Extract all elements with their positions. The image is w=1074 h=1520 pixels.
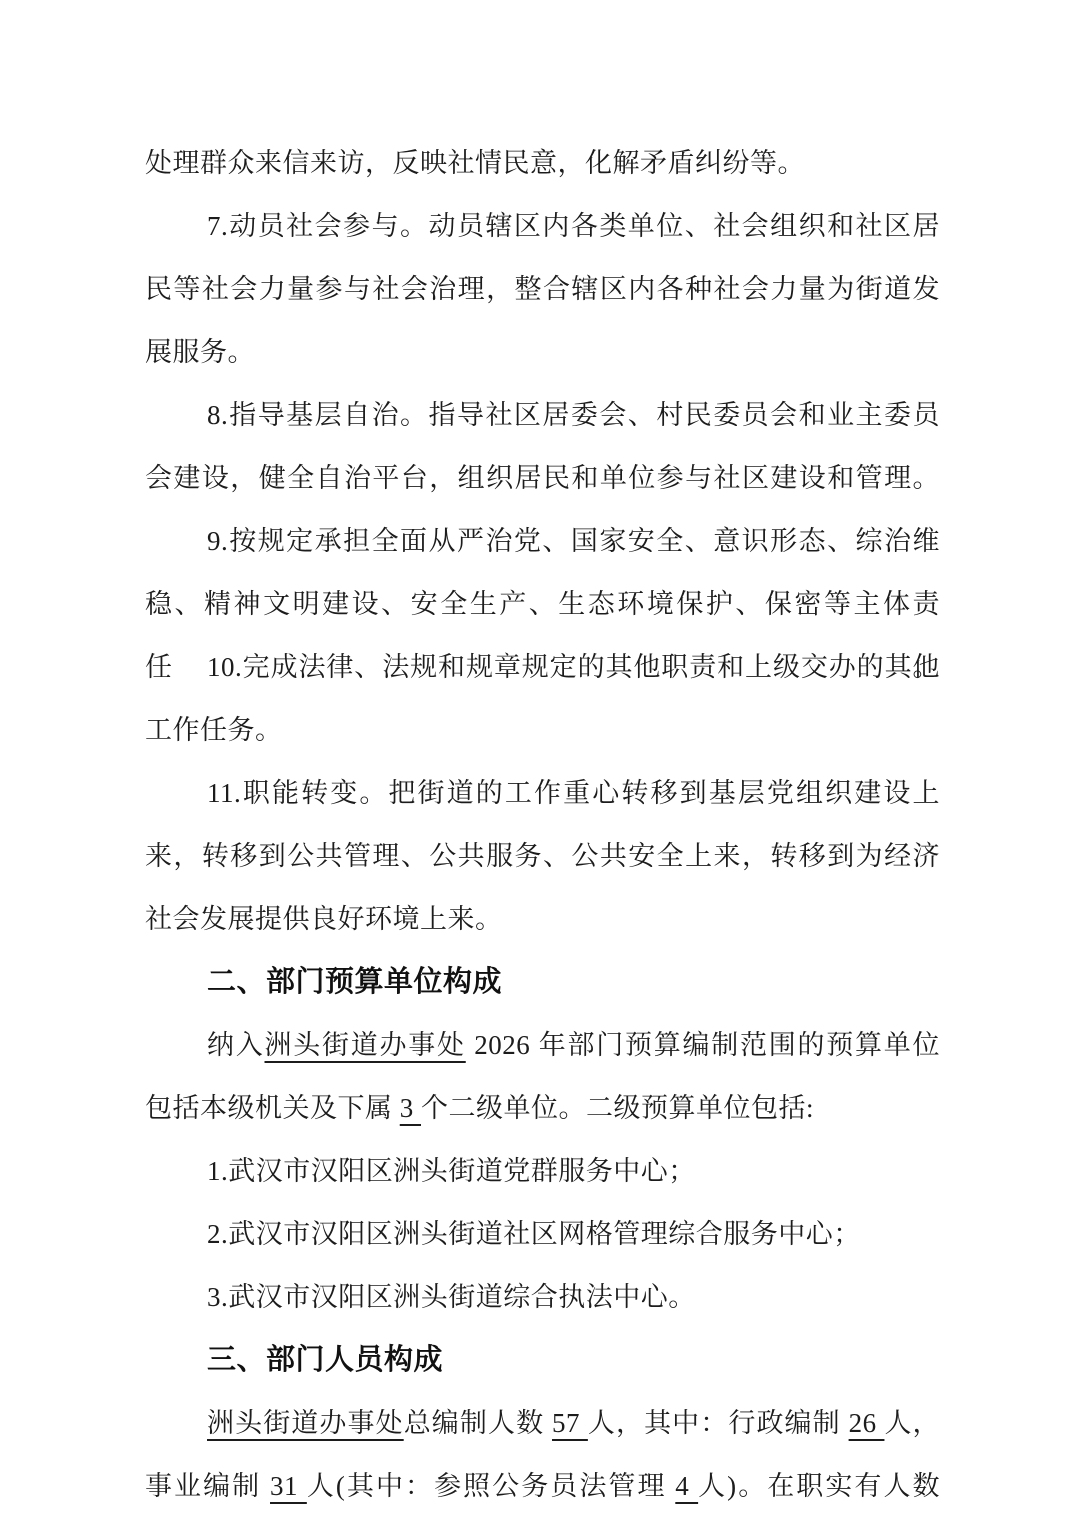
text-segment: 2026 年部门预算编制范围的预算单位: [466, 1030, 940, 1060]
text-segment: 纳入: [207, 1030, 265, 1060]
text-segment: 来，转移到公共管理、公共服务、公共安全上来，转移到为经济: [145, 841, 940, 871]
text-line: 事业编制 31 人(其中：参照公务员法管理 4 人)。在职实有人数: [145, 1455, 940, 1518]
text-line: 稳、精神文明建设、安全生产、生态环境保护、保密等主体责任。: [145, 573, 940, 636]
document-page: 处理群众来信来访，反映社情民意，化解矛盾纠纷等。7.动员社会参与。动员辖区内各类…: [0, 0, 1074, 1520]
text-line: 9.按规定承担全面从严治党、国家安全、意识形态、综治维: [145, 510, 940, 573]
text-line: 10.完成法律、法规和规章规定的其他职责和上级交办的其他: [145, 636, 940, 699]
text-line: 8.指导基层自治。指导社区居委会、村民委员会和业主委员: [145, 384, 940, 447]
text-line: 社会发展提供良好环境上来。: [145, 888, 940, 951]
text-segment: 工作任务。: [145, 715, 283, 745]
text-segment: 个二级单位。二级预算单位包括:: [421, 1093, 814, 1123]
text-segment: 人，其中：行政编制: [588, 1408, 849, 1438]
text-segment: 三、部门人员构成: [207, 1344, 443, 1376]
text-segment: 展服务。: [145, 337, 255, 367]
text-line: 2.武汉市汉阳区洲头街道社区网格管理综合服务中心；: [145, 1203, 940, 1266]
text-segment: 7.动员社会参与。动员辖区内各类单位、社会组织和社区居: [207, 211, 940, 241]
document-body: 处理群众来信来访，反映社情民意，化解矛盾纠纷等。7.动员社会参与。动员辖区内各类…: [145, 132, 940, 1518]
text-segment: 事业编制: [145, 1471, 270, 1501]
text-segment: 人(其中：参照公务员法管理: [307, 1471, 675, 1501]
section-heading: 二、部门预算单位构成: [145, 951, 940, 1014]
underlined-text: 31: [270, 1471, 307, 1501]
text-segment: 1.武汉市汉阳区洲头街道党群服务中心；: [207, 1156, 696, 1186]
underlined-text: 4: [675, 1471, 698, 1501]
text-line: 纳入洲头街道办事处 2026 年部门预算编制范围的预算单位: [145, 1014, 940, 1077]
text-segment: 8.指导基层自治。指导社区居委会、村民委员会和业主委员: [207, 400, 940, 430]
text-segment: 二、部门预算单位构成: [207, 966, 502, 998]
underlined-text: 洲头街道办事处: [207, 1408, 404, 1438]
text-line: 11.职能转变。把街道的工作重心转移到基层党组织建设上: [145, 762, 940, 825]
text-segment: 2.武汉市汉阳区洲头街道社区网格管理综合服务中心；: [207, 1219, 861, 1249]
text-line: 洲头街道办事处总编制人数 57 人，其中：行政编制 26 人，: [145, 1392, 940, 1455]
text-segment: 处理群众来信来访，反映社情民意，化解矛盾纠纷等。: [145, 148, 805, 178]
underlined-text: 57: [552, 1408, 588, 1438]
text-line: 包括本级机关及下属 3 个二级单位。二级预算单位包括:: [145, 1077, 940, 1140]
text-line: 工作任务。: [145, 699, 940, 762]
text-line: 1.武汉市汉阳区洲头街道党群服务中心；: [145, 1140, 940, 1203]
text-line: 7.动员社会参与。动员辖区内各类单位、社会组织和社区居: [145, 195, 940, 258]
section-heading: 三、部门人员构成: [145, 1329, 940, 1392]
text-line: 民等社会力量参与社会治理，整合辖区内各种社会力量为街道发: [145, 258, 940, 321]
text-segment: 社会发展提供良好环境上来。: [145, 904, 503, 934]
text-line: 处理群众来信来访，反映社情民意，化解矛盾纠纷等。: [145, 132, 940, 195]
text-line: 3.武汉市汉阳区洲头街道综合执法中心。: [145, 1266, 940, 1329]
text-line: 来，转移到公共管理、公共服务、公共安全上来，转移到为经济: [145, 825, 940, 888]
text-segment: 9.按规定承担全面从严治党、国家安全、意识形态、综治维: [207, 526, 940, 556]
text-line: 会建设，健全自治平台，组织居民和单位参与社区建设和管理。: [145, 447, 940, 510]
underlined-text: 3: [400, 1093, 421, 1123]
text-segment: 总编制人数: [404, 1408, 552, 1438]
text-segment: 11.职能转变。把街道的工作重心转移到基层党组织建设上: [207, 778, 940, 808]
underlined-text: 洲头街道办事处: [265, 1030, 466, 1060]
text-segment: 人)。在职实有人数: [698, 1471, 940, 1501]
text-segment: 民等社会力量参与社会治理，整合辖区内各种社会力量为街道发: [145, 274, 940, 304]
text-line: 展服务。: [145, 321, 940, 384]
underlined-text: 26: [849, 1408, 885, 1438]
text-segment: 人，: [884, 1408, 940, 1438]
text-segment: 10.完成法律、法规和规章规定的其他职责和上级交办的其他: [207, 652, 940, 682]
text-segment: 会建设，健全自治平台，组织居民和单位参与社区建设和管理。: [145, 463, 940, 493]
text-segment: 包括本级机关及下属: [145, 1093, 400, 1123]
text-segment: 3.武汉市汉阳区洲头街道综合执法中心。: [207, 1282, 696, 1312]
